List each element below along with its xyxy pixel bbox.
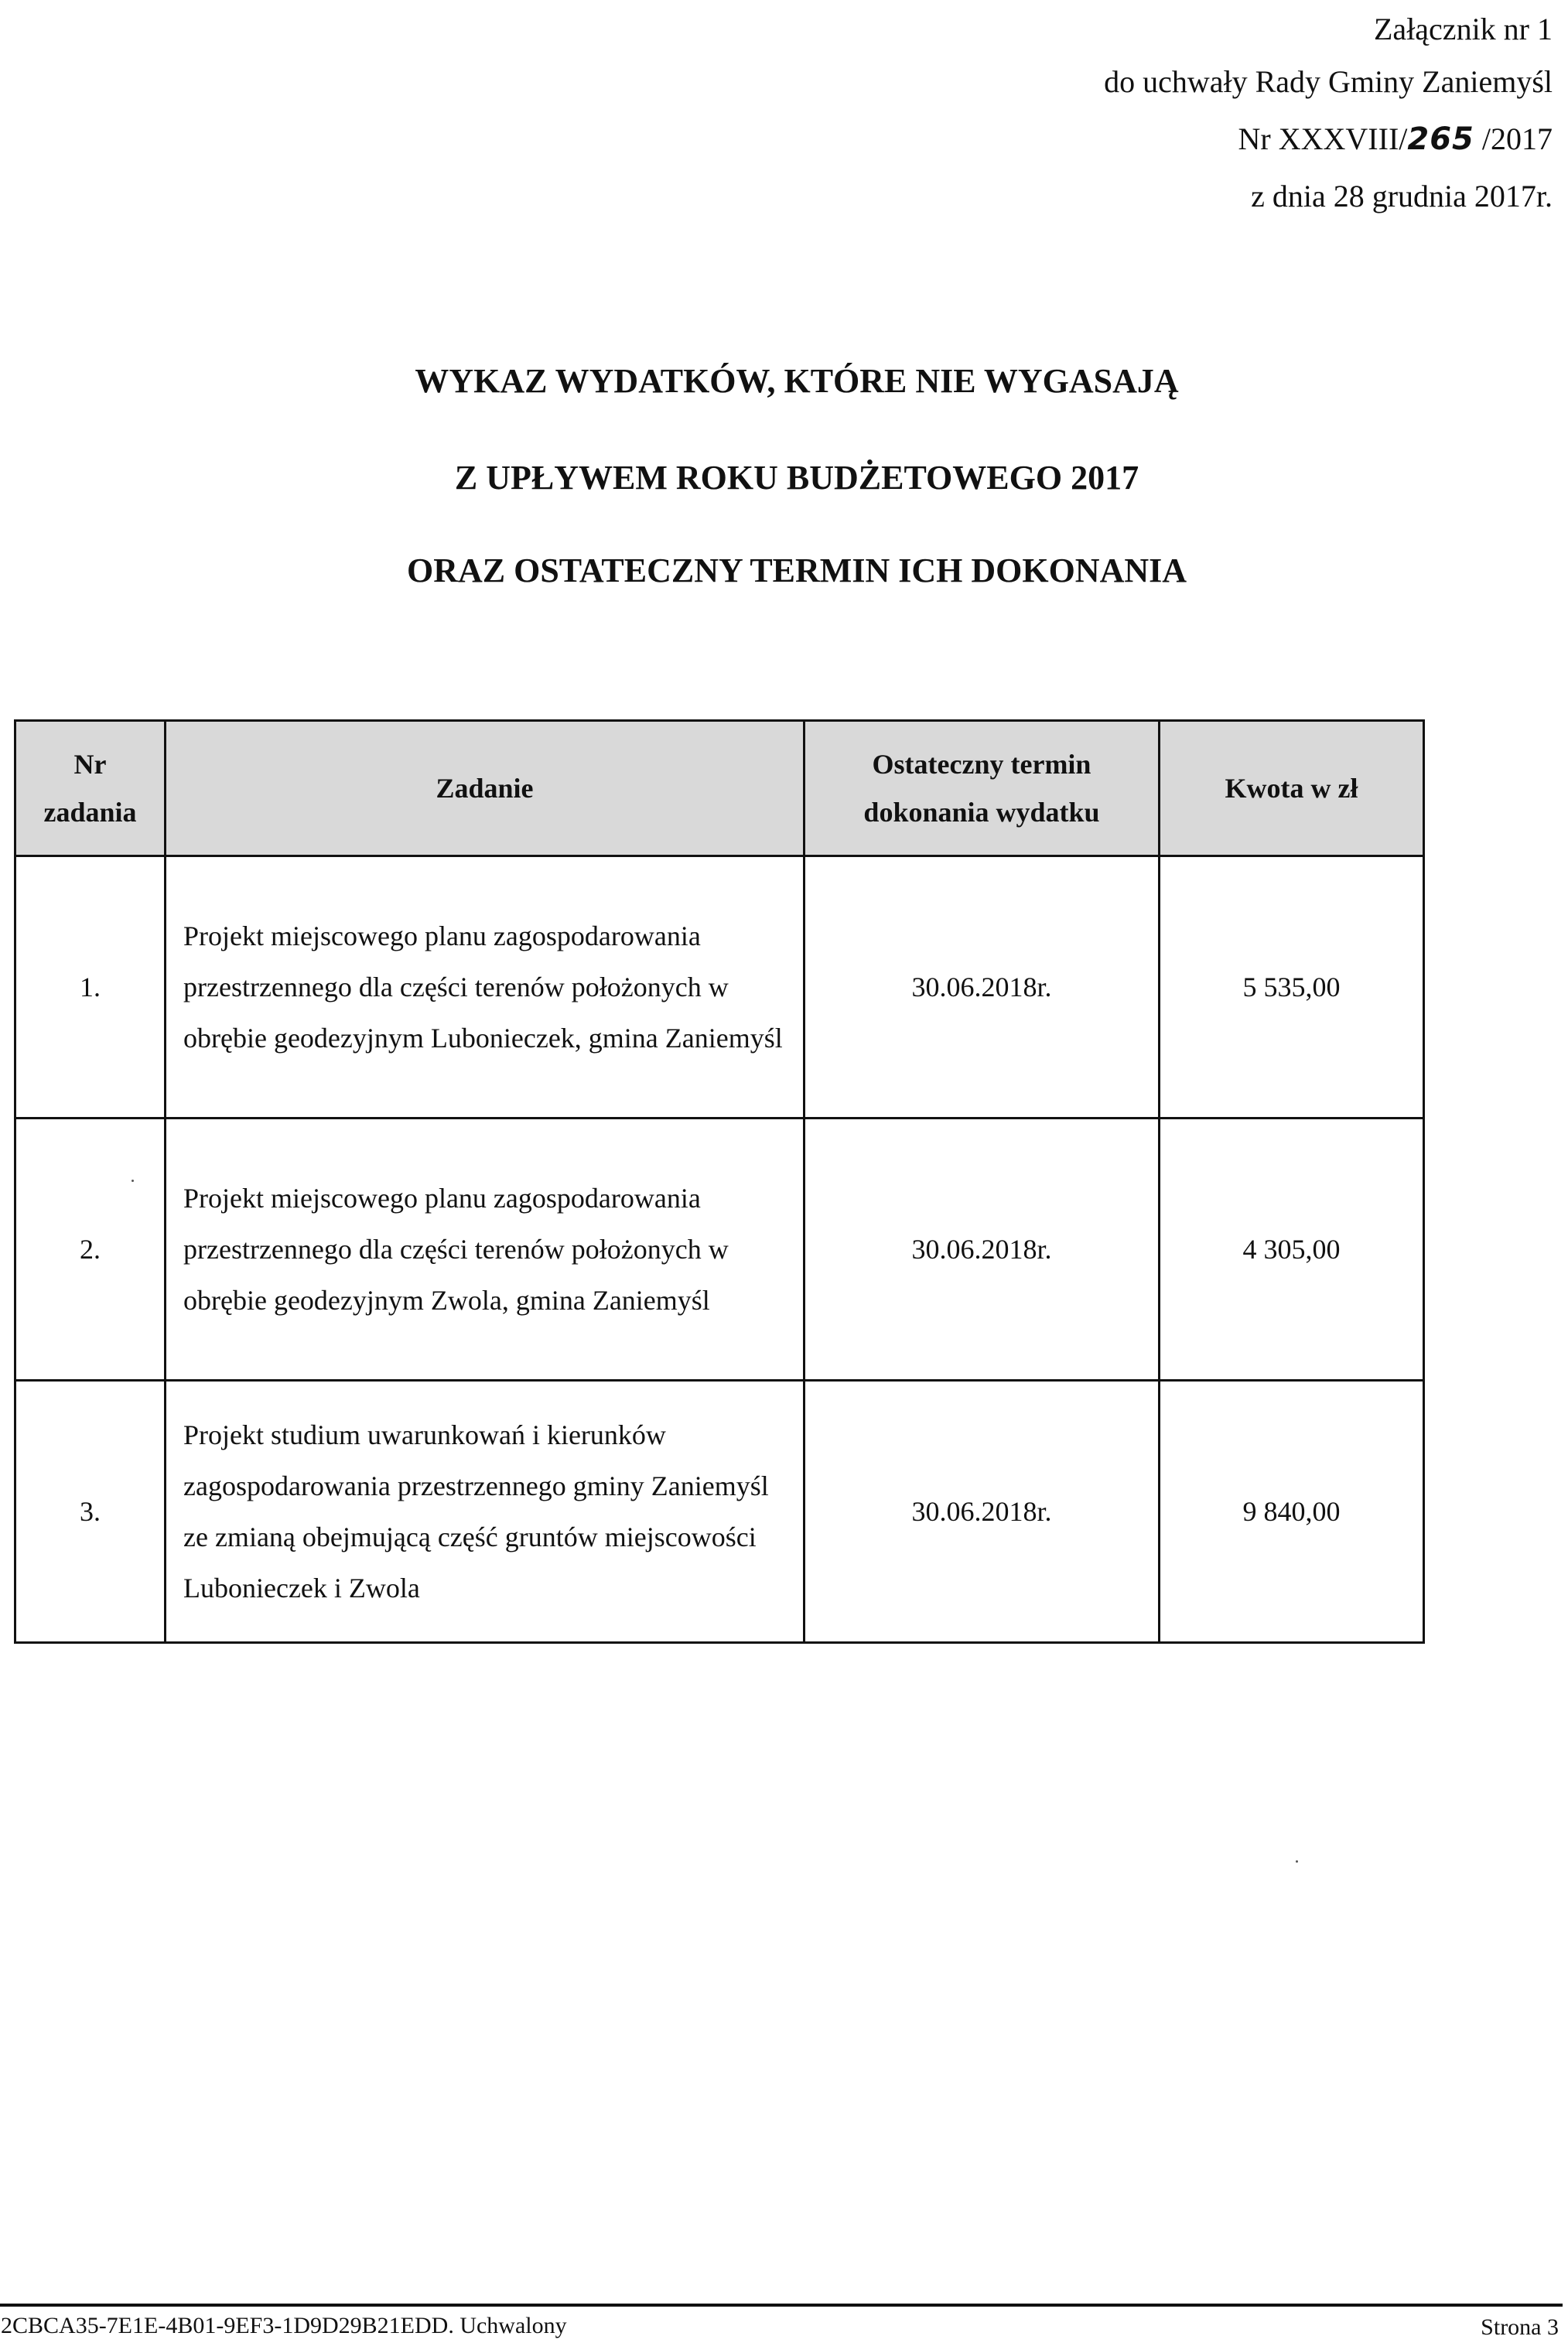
resolution-date: z dnia 28 grudnia 2017r. — [1251, 181, 1553, 212]
table-row: 2. Projekt miejscowego planu zagospodaro… — [15, 1119, 1424, 1381]
attachment-label: Załącznik nr 1 — [1374, 14, 1553, 45]
resolution-number-prefix: Nr XXXVIII/ — [1238, 121, 1408, 156]
footer-document-id: 52CBCA35-7E1E-4B01-9EF3-1D9D29B21EDD. Uc… — [0, 2313, 567, 2339]
cell-termin: 30.06.2018r. — [804, 856, 1160, 1119]
document-title-line-1: WYKAZ WYDATKÓW, KTÓRE NIE WYGASAJĄ — [0, 364, 1568, 398]
column-header-termin-line1: Ostateczny termin — [805, 740, 1158, 788]
cell-zadanie: Projekt studium uwarunkowań i kierunków … — [166, 1381, 804, 1643]
cell-nr: 1. — [15, 856, 166, 1119]
footer-page-number: Strona 3 — [1481, 2314, 1559, 2341]
document-title-line-2: Z UPŁYWEM ROKU BUDŻETOWEGO 2017 — [0, 461, 1568, 495]
footer-divider — [0, 2304, 1563, 2307]
column-header-nr: Nr zadania — [15, 721, 166, 856]
table-row: 3. Projekt studium uwarunkowań i kierunk… — [15, 1381, 1424, 1643]
column-header-zadanie: Zadanie — [166, 721, 804, 856]
column-header-kwota: Kwota w zł — [1160, 721, 1424, 856]
table-header-row: Nr zadania Zadanie Ostateczny termin dok… — [15, 721, 1424, 856]
scan-speck — [132, 1180, 134, 1182]
cell-termin: 30.06.2018r. — [804, 1119, 1160, 1381]
cell-termin: 30.06.2018r. — [804, 1381, 1160, 1643]
scan-speck — [1296, 1860, 1298, 1863]
resolution-number: Nr XXXVIII/265 /2017 — [1238, 124, 1553, 155]
cell-zadanie: Projekt miejscowego planu zagospodarowan… — [166, 856, 804, 1119]
cell-zadanie: Projekt miejscowego planu zagospodarowan… — [166, 1119, 804, 1381]
column-header-termin: Ostateczny termin dokonania wydatku — [804, 721, 1160, 856]
cell-nr: 3. — [15, 1381, 166, 1643]
document-title-line-3: ORAZ OSTATECZNY TERMIN ICH DOKONANIA — [0, 554, 1568, 588]
table-row: 1. Projekt miejscowego planu zagospodaro… — [15, 856, 1424, 1119]
resolution-reference: do uchwały Rady Gminy Zaniemyśl — [1104, 67, 1553, 97]
column-header-nr-line2: zadania — [16, 788, 164, 836]
column-header-nr-line1: Nr — [16, 740, 164, 788]
cell-kwota: 9 840,00 — [1160, 1381, 1424, 1643]
column-header-termin-line2: dokonania wydatku — [805, 788, 1158, 836]
cell-nr: 2. — [15, 1119, 166, 1381]
handwritten-number: 265 — [1407, 121, 1474, 157]
expenditure-table: Nr zadania Zadanie Ostateczny termin dok… — [14, 719, 1425, 1644]
cell-kwota: 5 535,00 — [1160, 856, 1424, 1119]
resolution-number-suffix: /2017 — [1474, 121, 1553, 156]
cell-kwota: 4 305,00 — [1160, 1119, 1424, 1381]
